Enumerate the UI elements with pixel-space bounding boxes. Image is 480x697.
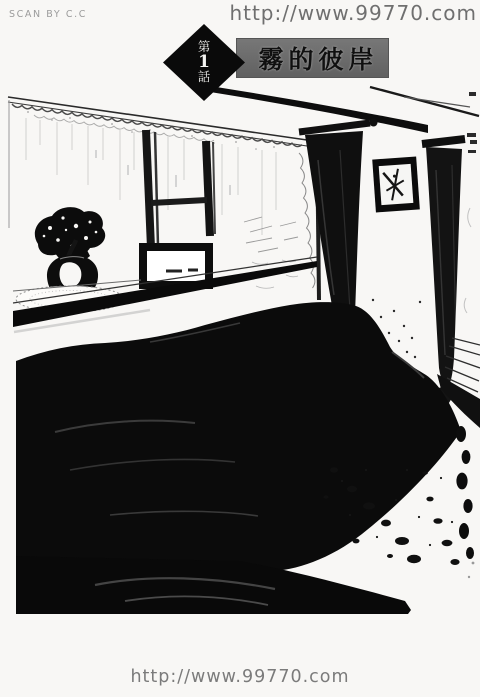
panel-artwork [0,0,480,697]
lace-valance [12,104,302,150]
chapter-badge: 第 1 話 [163,24,245,101]
site-url-top: http://www.99770.com [229,1,477,25]
manga-page: SCAN BY C.C http://www.99770.com [0,0,480,697]
chapter-title: 霧的彼岸 [246,40,378,76]
site-url-bottom: http://www.99770.com [0,667,480,687]
bonsai [35,207,105,299]
curtain-right [422,139,465,406]
chapter-suffix-char: 話 [198,71,211,84]
window-sash [143,130,319,300]
chapter-number: 第 1 話 [163,24,245,101]
sofa [16,302,480,614]
chapter-title-box: 霧的彼岸 [236,38,389,78]
picture-frame [372,157,420,213]
scan-credit: SCAN BY C.C [9,9,87,20]
